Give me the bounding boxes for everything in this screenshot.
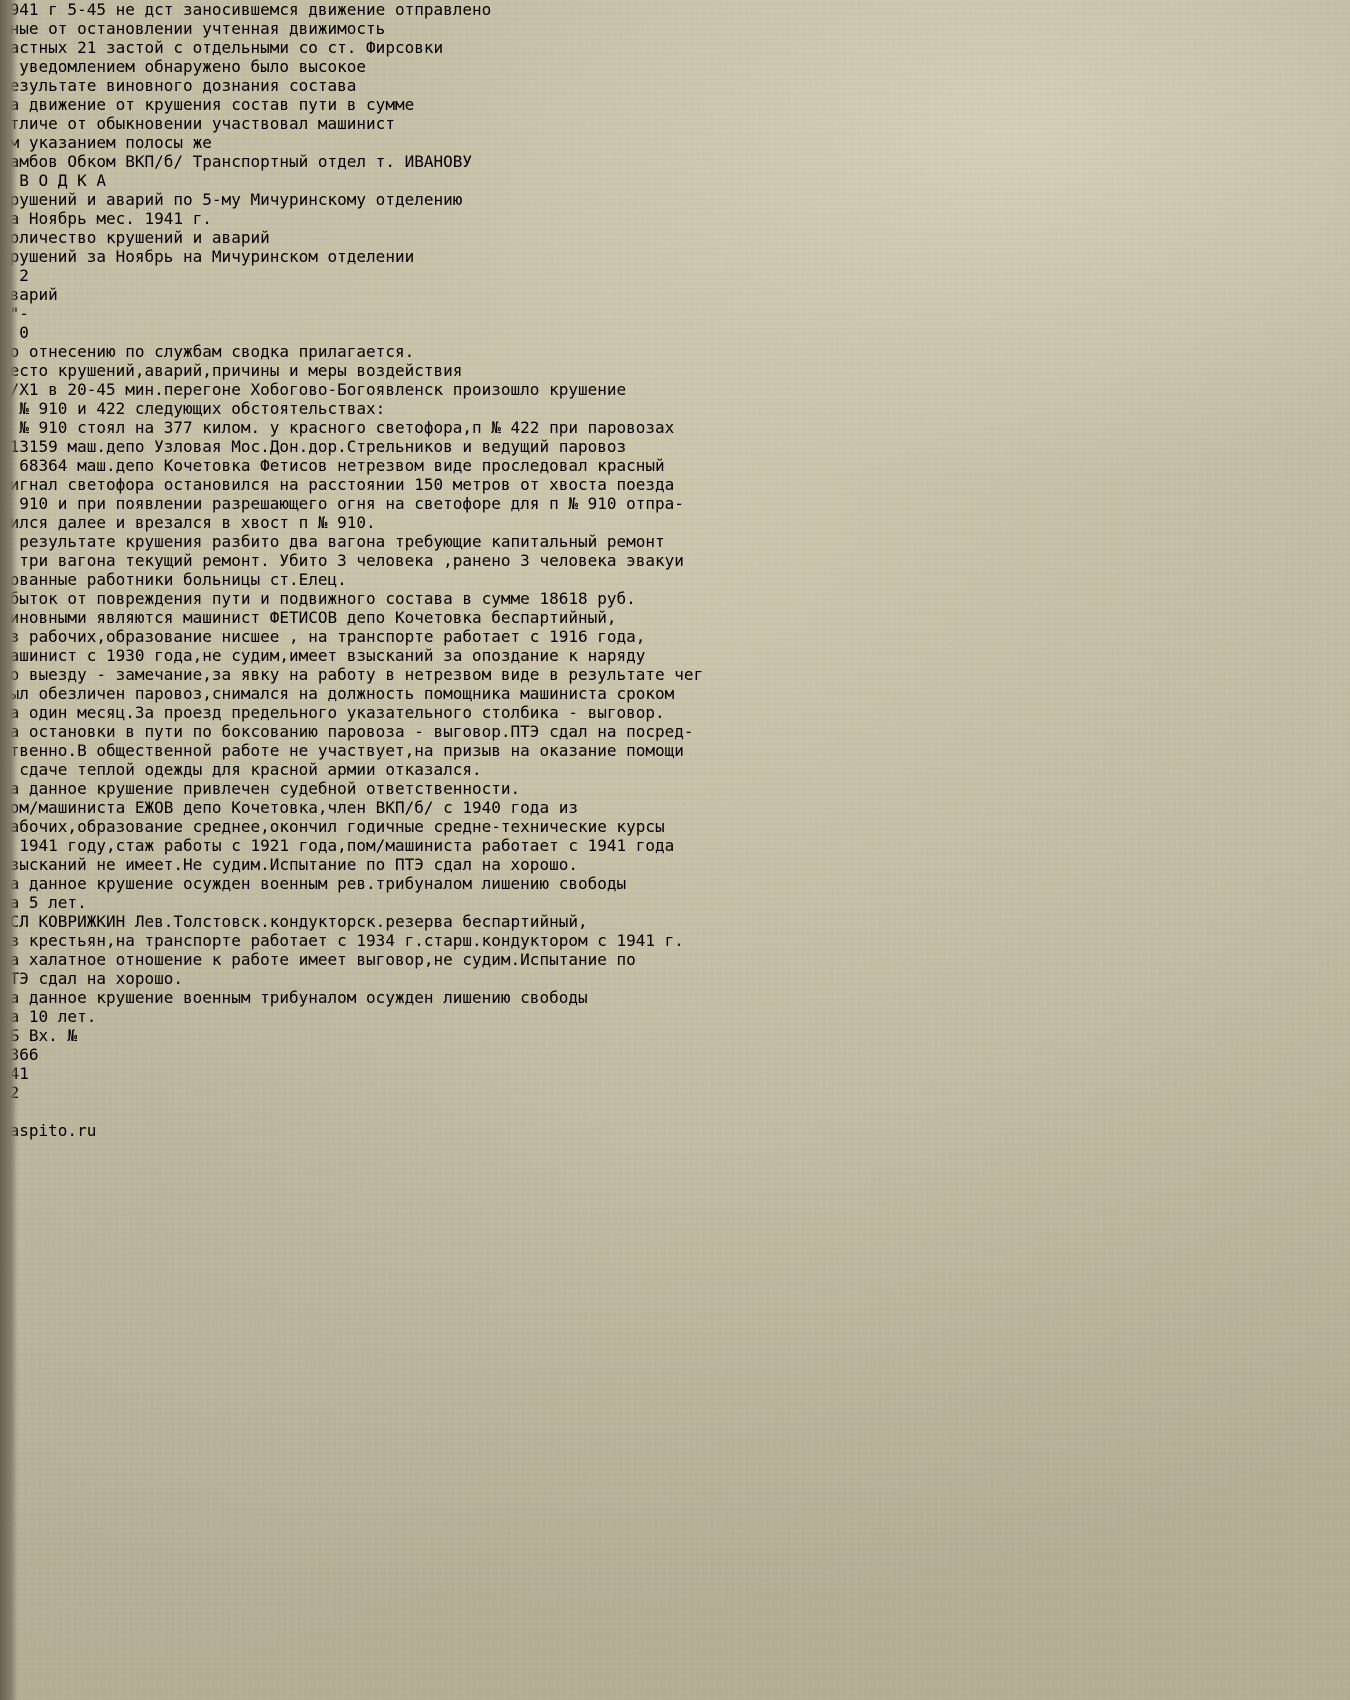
typed-line: 4/Х1 в 20-45 мин.перегоне Хобогово-Богоя… — [0, 380, 1350, 399]
typed-line: За данное крушение привлечен судебной от… — [0, 779, 1350, 798]
typed-text-layer: Тамбов Обком ВКП/б/ Транспортный отдел т… — [0, 152, 1350, 1026]
registration-stamp: ОБ Вх. № — [0, 1026, 1350, 1045]
typed-line: п № 910 и 422 следующих обстоятельствах: — [0, 399, 1350, 418]
bleedthrough-text: результате виновного дознания состава — [0, 76, 1350, 95]
summary-row-label: Аварий — [0, 285, 1350, 304]
bleedthrough-text: частных 21 застой с отдельными со ст. Фи… — [0, 38, 1350, 57]
typed-line: ПТЭ сдал на хорошо. — [0, 969, 1350, 988]
typed-line: № 910 и при появлении разрешающего огня … — [0, 494, 1350, 513]
typed-line: из рабочих,образование нисшее , на транс… — [0, 627, 1350, 646]
typed-line: В результате крушения разбито два вагона… — [0, 532, 1350, 551]
section-heading: Место крушений,аварий,причины и меры воз… — [0, 361, 1350, 380]
stamp-handwritten-note: №41 — [0, 1064, 1350, 1083]
handwritten-page-number-orange: 92 — [0, 1083, 1350, 1102]
typed-line: Убыток от повреждения пути и подвижного … — [0, 589, 1350, 608]
summary-row-value: - 2 — [0, 266, 1350, 285]
scan-edge-left — [0, 0, 18, 1700]
typed-line: по выезду - замечание,за явку на работу … — [0, 665, 1350, 684]
summary-row-value: - 0 — [0, 323, 1350, 342]
typed-line: Виновными являются машинист ФЕТИСОВ депо… — [0, 608, 1350, 627]
scanned-document: 1941 г 5-45 не дст заносившемся движение… — [0, 0, 1350, 1700]
typed-line: вился далее и врезался в хвост п № 910. — [0, 513, 1350, 532]
ditto-mark: -"- — [0, 304, 1350, 323]
typed-line: рабочих,образование среднее,окончил годи… — [0, 817, 1350, 836]
typed-line: за халатное отношение к работе имеет выг… — [0, 950, 1350, 969]
typed-line: ДСЛ КОВРИЖКИН Лев.Толстовск.кондукторск.… — [0, 912, 1350, 931]
summary-heading: Количество крушений и аварий — [0, 228, 1350, 247]
stamp-handwritten-number: 3366 — [0, 1045, 1350, 1064]
typed-line: П № 910 стоял на 377 килом. у красного с… — [0, 418, 1350, 437]
bleedthrough-text: за движение от крушения состав пути в су… — [0, 95, 1350, 114]
archive-watermark: gaspito.ru — [0, 1121, 1350, 1140]
bleedthrough-text: с уведомлением обнаружено было высокое — [0, 57, 1350, 76]
bleedthrough-text: иные от остановлении учтенная движимость — [0, 19, 1350, 38]
typed-line: в сдаче теплой одежды для красной армии … — [0, 760, 1350, 779]
typed-line: в 1941 году,стаж работы с 1921 года,пом/… — [0, 836, 1350, 855]
typed-line: из крестьян,на транспорте работает с 193… — [0, 931, 1350, 950]
bleedthrough-text: отличе от обыкновении участвовал машинис… — [0, 114, 1350, 133]
typed-line: на 10 лет. — [0, 1007, 1350, 1026]
typed-line: За остановки в пути по боксованию парово… — [0, 722, 1350, 741]
document-title: С В О Д К А — [0, 171, 1350, 190]
addressee-line: Тамбов Обком ВКП/б/ Транспортный отдел т… — [0, 152, 1350, 171]
typed-line: на один месяц.За проезд предельного указ… — [0, 703, 1350, 722]
typed-line: За данное крушение осужден военным рев.т… — [0, 874, 1350, 893]
bleedthrough-text: ем указанием полосы же — [0, 133, 1350, 152]
bleedthrough-text: 1941 г 5-45 не дст заносившемся движение… — [0, 0, 1350, 19]
handwritten-page-number-pencil: 7 — [0, 1102, 1350, 1121]
typed-line: сигнал светофора остановился на расстоян… — [0, 475, 1350, 494]
typed-line: Пом/машиниста ЕЖОВ депо Кочетовка,член В… — [0, 798, 1350, 817]
document-subtitle: Крушений и аварий по 5-му Мичуринскому о… — [0, 190, 1350, 209]
typed-line: № 68364 маш.депо Кочетовка Фетисов нетре… — [0, 456, 1350, 475]
attachment-note: По отнесению по службам сводка прилагает… — [0, 342, 1350, 361]
typed-line: взысканий не имеет.Не судим.Испытание по… — [0, 855, 1350, 874]
typed-line: ственно.В общественной работе не участву… — [0, 741, 1350, 760]
stamp-field-label: Вх. № — [29, 1026, 77, 1045]
summary-row-label: Крушений за Ноябрь на Мичуринском отделе… — [0, 247, 1350, 266]
typed-line: машинист с 1930 года,не судим,имеет взыс… — [0, 646, 1350, 665]
typed-line: За данное крушение военным трибуналом ос… — [0, 988, 1350, 1007]
typed-line: рованные работники больницы ст.Елец. — [0, 570, 1350, 589]
typed-line: был обезличен паровоз,снимался на должно… — [0, 684, 1350, 703]
report-period: за Ноябрь мес. 1941 г. — [0, 209, 1350, 228]
typed-line: и три вагона текущий ремонт. Убито 3 чел… — [0, 551, 1350, 570]
typed-line: 213159 маш.депо Узловая Мос.Дон.дор.Стре… — [0, 437, 1350, 456]
typed-line: на 5 лет. — [0, 893, 1350, 912]
